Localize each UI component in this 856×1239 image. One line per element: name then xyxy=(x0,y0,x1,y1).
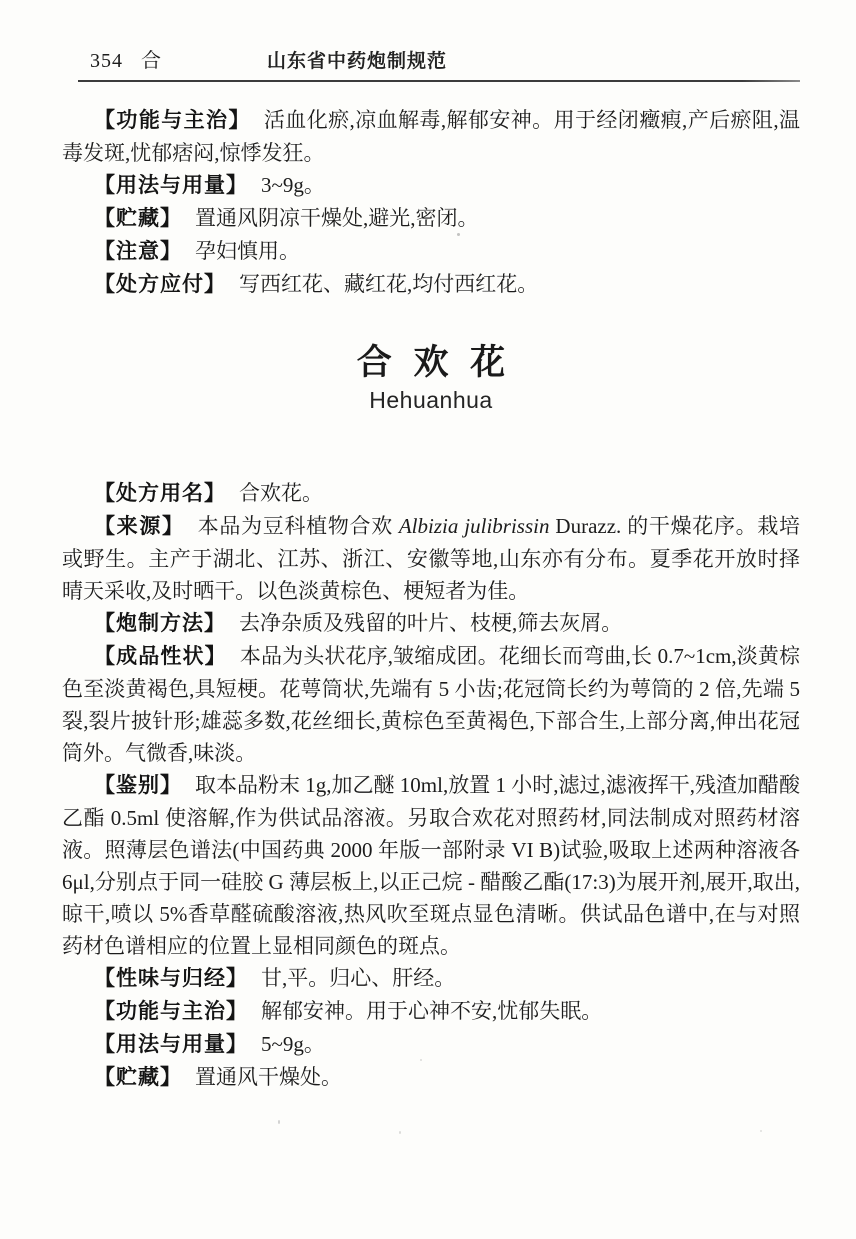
section-text: 置通风干燥处。 xyxy=(195,1065,342,1089)
section-label: 【来源】 xyxy=(94,515,185,538)
section-label: 【功能与主治】 xyxy=(94,1000,248,1023)
section-label: 【鉴别】 xyxy=(94,774,182,797)
scan-speck xyxy=(399,1131,401,1134)
page-header: 354合 山东省中药炮制规范 xyxy=(62,46,800,76)
header-rule xyxy=(78,80,800,82)
section-label: 【用法与用量】 xyxy=(94,174,248,197)
book-page: 354合 山东省中药炮制规范 【功能与主治】活血化瘀,凉血解毒,解郁安神。用于经… xyxy=(0,0,856,1239)
section-gongneng-zhuzhi: 【功能与主治】解郁安神。用于心神不安,忧郁失眠。 xyxy=(62,995,800,1028)
section-text: 写西红花、藏红花,均付西红花。 xyxy=(239,272,538,296)
section-zhucang-prev: 【贮藏】置通风阴凉干燥处,避光,密闭。 xyxy=(62,202,800,235)
section-text: 5~9g。 xyxy=(261,1032,325,1056)
section-label: 【贮藏】 xyxy=(94,207,182,230)
section-text: 孕妇慎用。 xyxy=(195,239,300,263)
section-paozhi-fangfa: 【炮制方法】去净杂质及残留的叶片、枝梗,筛去灰屑。 xyxy=(62,607,800,640)
section-text: 甘,平。归心、肝经。 xyxy=(261,966,455,990)
section-index-char: 合 xyxy=(141,50,162,72)
section-label: 【功能与主治】 xyxy=(94,109,251,132)
book-title: 山东省中药炮制规范 xyxy=(267,47,447,77)
section-text: 3~9g。 xyxy=(261,173,325,197)
section-label: 【处方用名】 xyxy=(94,482,226,505)
section-jianbie: 【鉴别】取本品粉末 1g,加乙醚 10ml,放置 1 小时,滤过,滤液挥干,残渣… xyxy=(62,769,800,962)
section-text: 解郁安神。用于心神不安,忧郁失眠。 xyxy=(261,999,602,1023)
running-head-left: 354合 xyxy=(90,46,162,76)
section-label: 【成品性状】 xyxy=(94,645,227,668)
scan-speck xyxy=(760,1130,762,1132)
section-label: 【贮藏】 xyxy=(94,1066,182,1089)
section-text: 本品为豆科植物合欢 xyxy=(198,514,399,538)
section-chufang-yongming: 【处方用名】合欢花。 xyxy=(62,477,800,510)
section-chengpin-xingzhuang: 【成品性状】本品为头状花序,皱缩成团。花细长而弯曲,长 0.7~1cm,淡黄棕色… xyxy=(62,640,800,769)
section-text: 去净杂质及残留的叶片、枝梗,筛去灰屑。 xyxy=(239,611,622,635)
section-text: 合欢花。 xyxy=(239,481,323,505)
section-label: 【注意】 xyxy=(94,240,182,263)
scan-speck xyxy=(457,233,460,236)
page-number: 354 xyxy=(90,50,123,72)
botanical-latin-name: Albizia julibrissin xyxy=(399,514,550,538)
section-yongfa-yongliang-prev: 【用法与用量】3~9g。 xyxy=(62,169,800,202)
page-body: 【功能与主治】活血化瘀,凉血解毒,解郁安神。用于经闭癥瘕,产后瘀阻,温毒发斑,忧… xyxy=(62,104,800,1094)
section-zhucang: 【贮藏】置通风干燥处。 xyxy=(62,1061,800,1094)
section-gongneng-zhuzhi-prev: 【功能与主治】活血化瘀,凉血解毒,解郁安神。用于经闭癥瘕,产后瘀阻,温毒发斑,忧… xyxy=(62,104,800,169)
section-text: 取本品粉末 1g,加乙醚 10ml,放置 1 小时,滤过,滤液挥干,残渣加醋酸乙… xyxy=(62,773,800,958)
section-label: 【炮制方法】 xyxy=(94,612,226,635)
section-laiyuan: 【来源】本品为豆科植物合欢 Albizia julibrissin Durazz… xyxy=(62,510,800,607)
section-zhuyi-prev: 【注意】孕妇慎用。 xyxy=(62,235,800,268)
section-xingwei-guijing: 【性味与归经】甘,平。归心、肝经。 xyxy=(62,962,800,995)
scan-speck xyxy=(278,1120,280,1124)
section-label: 【用法与用量】 xyxy=(94,1033,248,1056)
entry-title: 合欢花 xyxy=(62,341,800,385)
section-label: 【处方应付】 xyxy=(94,273,226,296)
section-chufang-yingfu-prev: 【处方应付】写西红花、藏红花,均付西红花。 xyxy=(62,268,800,301)
section-yongfa-yongliang: 【用法与用量】5~9g。 xyxy=(62,1028,800,1061)
scan-speck xyxy=(420,1059,422,1061)
entry-pinyin: Hehuanhua xyxy=(62,385,800,415)
section-text: 置通风阴凉干燥处,避光,密闭。 xyxy=(195,206,479,230)
section-label: 【性味与归经】 xyxy=(94,967,248,990)
